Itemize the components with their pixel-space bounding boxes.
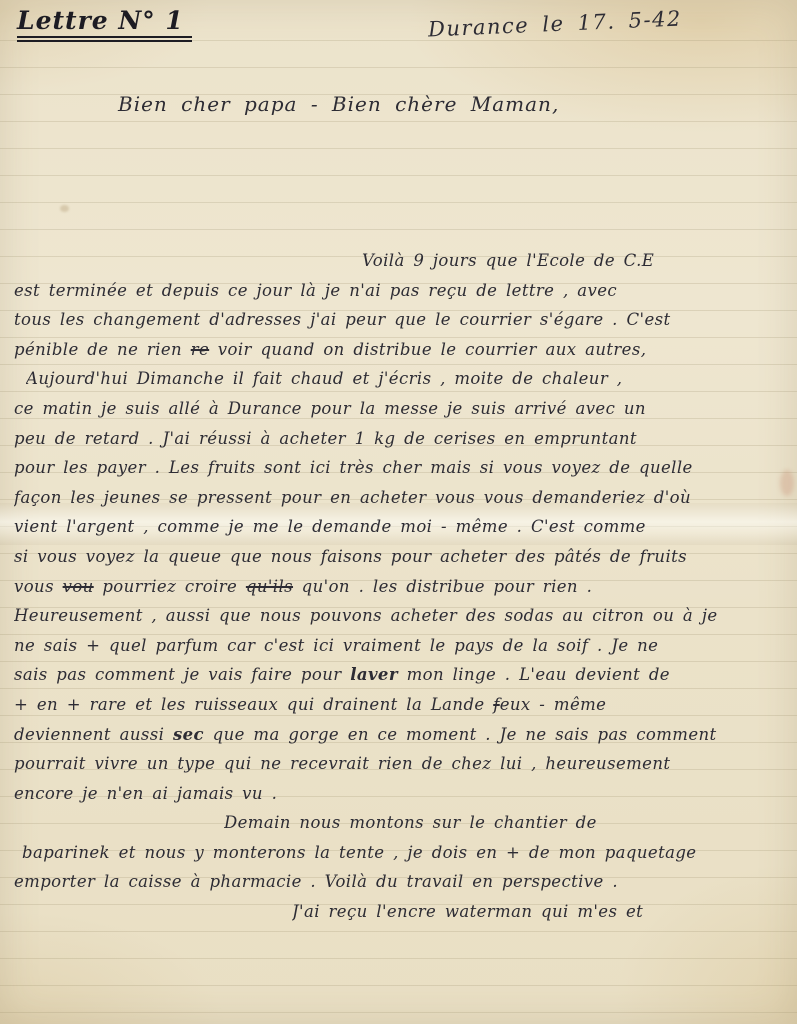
letter-line: deviennent aussi sec que ma gorge en ce …: [14, 720, 791, 750]
letter-line: peu de retard . J'ai réussi à acheter 1 …: [14, 424, 791, 454]
letter-text: peu de retard . J'ai réussi à acheter 1 …: [14, 429, 637, 448]
letter-body: Voilà 9 jours que l'Ecole de C.Eest term…: [14, 246, 791, 927]
letter-text: encore je n'en ai jamais vu .: [14, 784, 277, 803]
letter-text: qu'on . les distribue pour rien .: [293, 577, 592, 596]
letter-line: Voilà 9 jours que l'Ecole de C.E: [362, 246, 791, 276]
letter-text: vous: [14, 577, 63, 596]
letter-line: encore je n'en ai jamais vu .: [14, 779, 791, 809]
letter-text: Heureusement , aussi que nous pouvons ac…: [14, 606, 718, 625]
letter-text: ce matin je suis allé à Durance pour la …: [14, 399, 646, 418]
letter-line: Heureusement , aussi que nous pouvons ac…: [14, 601, 791, 631]
letter-line: Demain nous montons sur le chantier de: [224, 808, 791, 838]
letter-text: J'ai reçu l'encre waterman qui m'es et: [292, 902, 643, 921]
letter-text: pénible de ne rien: [14, 340, 191, 359]
letter-text: + en + rare et les ruisseaux qui drainen…: [14, 695, 493, 714]
letter-text: baparinek et nous y monterons la tente ,…: [22, 843, 696, 862]
letter-text: mon linge . L'eau devient de: [398, 665, 670, 684]
letter-text: Aujourd'hui Dimanche il fait chaud et j'…: [26, 369, 622, 388]
letter-text: pour les payer . Les fruits sont ici trè…: [14, 458, 693, 477]
letter-text: sec: [173, 725, 204, 744]
letter-text: laver: [350, 665, 398, 684]
letter-text: pourriez croire: [94, 577, 246, 596]
letter-line: est terminée et depuis ce jour là je n'a…: [14, 276, 791, 306]
letter-line: si vous voyez la queue que nous faisons …: [14, 542, 791, 572]
letter-text: que ma gorge en ce moment . Je ne sais p…: [204, 725, 717, 744]
letter-line: vient l'argent , comme je me le demande …: [14, 512, 791, 542]
letter-text: emporter la caisse à pharmacie . Voilà d…: [14, 872, 618, 891]
letter-line: pour les payer . Les fruits sont ici trè…: [14, 453, 791, 483]
letter-text: façon les jeunes se pressent pour en ach…: [14, 488, 691, 507]
dateline: Durance le 17. 5-42: [428, 6, 683, 41]
letter-line: pourrait vivre un type qui ne recevrait …: [14, 749, 791, 779]
letter-line: J'ai reçu l'encre waterman qui m'es et: [292, 897, 791, 927]
struck-word: vou: [63, 577, 94, 596]
letter-line: tous les changement d'adresses j'ai peur…: [14, 305, 791, 335]
letter-text: Demain nous montons sur le chantier de: [224, 813, 597, 832]
letter-page: Lettre N° 1 Durance le 17. 5-42 Bien che…: [0, 0, 797, 1024]
letter-text: pourrait vivre un type qui ne recevrait …: [14, 754, 670, 773]
letter-line: Aujourd'hui Dimanche il fait chaud et j'…: [26, 364, 791, 394]
letter-text: voir quand on distribue le courrier aux …: [209, 340, 646, 359]
letter-text: vient l'argent , comme je me le demande …: [14, 517, 646, 536]
letter-line: + en + rare et les ruisseaux qui drainen…: [14, 690, 791, 720]
letter-line: pénible de ne rien re voir quand on dist…: [14, 335, 791, 365]
struck-word: qu'ils: [246, 577, 293, 596]
struck-word: re: [191, 340, 209, 359]
letter-line: sais pas comment je vais faire pour lave…: [14, 660, 791, 690]
letter-number-label: Lettre N° 1: [17, 6, 192, 42]
letter-line: baparinek et nous y monterons la tente ,…: [22, 838, 791, 868]
letter-text: Voilà 9 jours que l'Ecole de C.E: [362, 251, 654, 270]
letter-text: deviennent aussi: [14, 725, 173, 744]
letter-text: eux - même: [500, 695, 607, 714]
letter-text: ne sais + quel parfum car c'est ici vrai…: [14, 636, 658, 655]
letter-text: tous les changement d'adresses j'ai peur…: [14, 310, 671, 329]
letter-line: vous vou pourriez croire qu'ils qu'on . …: [14, 572, 791, 602]
letter-text: sais pas comment je vais faire pour: [14, 665, 350, 684]
salutation: Bien cher papa - Bien chère Maman,: [118, 92, 559, 116]
letter-line: ne sais + quel parfum car c'est ici vrai…: [14, 631, 791, 661]
letter-text: si vous voyez la queue que nous faisons …: [14, 547, 687, 566]
paper-stain: [60, 205, 69, 212]
letter-line: ce matin je suis allé à Durance pour la …: [14, 394, 791, 424]
letter-text: est terminée et depuis ce jour là je n'a…: [14, 281, 617, 300]
letter-line: emporter la caisse à pharmacie . Voilà d…: [14, 867, 791, 897]
letter-line: façon les jeunes se pressent pour en ach…: [14, 483, 791, 513]
